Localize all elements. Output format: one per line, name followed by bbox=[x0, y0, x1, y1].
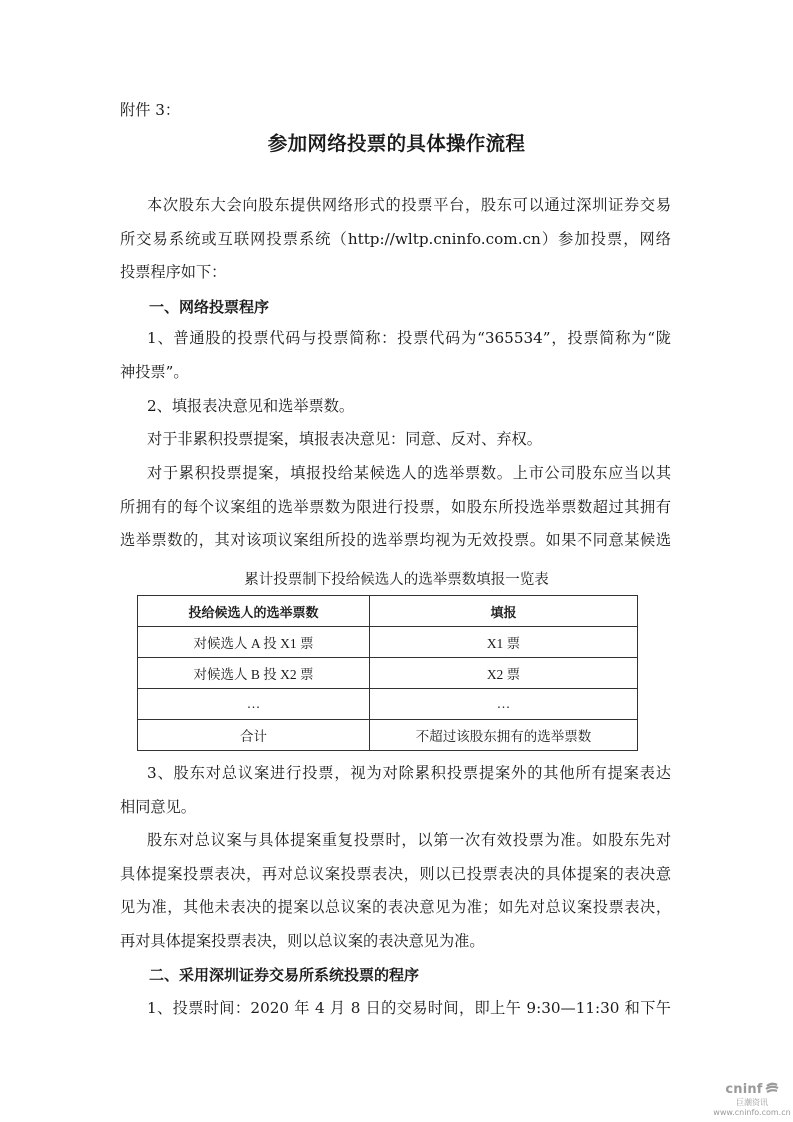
non-cumulative-text: 对于非累积投票提案，填报表决意见：同意、反对、弃权。 bbox=[147, 429, 542, 449]
item2: 2、填报表决意见和选举票数。 bbox=[147, 396, 354, 416]
table-caption: 累计投票制下投给候选人的选举票数填报一览表 bbox=[0, 568, 793, 589]
duplicate-vote-line-2: 具体提案投票表决，再对总议案投票表决，则以已投票表决的具体提案的表决意 bbox=[120, 864, 671, 884]
section1-heading: 一、网络投票程序 bbox=[149, 296, 269, 317]
table-row: 合计 不超过该股东拥有的选举票数 bbox=[138, 720, 638, 751]
attachment-label: 附件 3： bbox=[120, 100, 180, 120]
intro-line-1: 本次股东大会向股东提供网络形式的投票平台，股东可以通过深圳证券交易 bbox=[147, 195, 671, 215]
watermark-chinese-name: 巨潮资讯 bbox=[712, 1098, 792, 1108]
cninfo-logo-icon bbox=[765, 1082, 779, 1098]
table-cell: X2 票 bbox=[370, 658, 638, 689]
cumulative-line-3: 选举票数的，其对该项议案组所投的选举票均视为无效投票。如果不同意某候选 bbox=[120, 530, 671, 550]
item1-line-1: 1、普通股的投票代码与投票简称：投票代码为“365534”，投票简称为“陇 bbox=[147, 328, 671, 348]
duplicate-vote-line-4: 再对具体提案投票表决，则以总议案的表决意见为准。 bbox=[120, 931, 485, 951]
table-header-row: 投给候选人的选举票数 填报 bbox=[138, 596, 638, 627]
table-row: 对候选人 B 投 X2 票 X2 票 bbox=[138, 658, 638, 689]
cumulative-line-1: 对于累积投票提案，填报投给某候选人的选举票数。上市公司股东应当以其 bbox=[147, 463, 671, 483]
document-page: 附件 3： 参加网络投票的具体操作流程 本次股东大会向股东提供网络形式的投票平台… bbox=[0, 0, 793, 1122]
watermark-brand-text: cninf bbox=[725, 1082, 762, 1097]
table-cell: … bbox=[370, 689, 638, 720]
table-cell: … bbox=[138, 689, 370, 720]
table-row: 对候选人 A 投 X1 票 X1 票 bbox=[138, 627, 638, 658]
table-cell: 对候选人 A 投 X1 票 bbox=[138, 627, 370, 658]
watermark-url: www.cninfo.com.cn bbox=[712, 1108, 792, 1118]
table-cell: 对候选人 B 投 X2 票 bbox=[138, 658, 370, 689]
watermark-brand: cninf bbox=[725, 1082, 778, 1098]
duplicate-vote-line-3: 见为准，其他未表决的提案以总议案的表决意见为准；如先对总议案投票表决， bbox=[120, 897, 671, 917]
intro-line-2: 所交易系统或互联网投票系统（http://wltp.cninfo.com.cn）… bbox=[120, 229, 671, 249]
table-header: 填报 bbox=[370, 596, 638, 627]
cninfo-watermark: cninf 巨潮资讯 www.cninfo.com.cn bbox=[712, 1078, 792, 1118]
item3-line-1: 3、股东对总议案进行投票，视为对除累积投票提案外的其他所有提案表达 bbox=[147, 763, 671, 783]
table-row: … … bbox=[138, 689, 638, 720]
cumulative-line-2: 所拥有的每个议案组的选举票数为限进行投票，如股东所投选举票数超过其拥有 bbox=[120, 497, 671, 517]
intro-line-3: 投票程序如下： bbox=[120, 262, 226, 282]
table-cell: 不超过该股东拥有的选举票数 bbox=[370, 720, 638, 751]
section2-heading: 二、采用深圳证券交易所系统投票的程序 bbox=[149, 964, 419, 985]
item3-line-2: 相同意见。 bbox=[120, 797, 196, 817]
table-cell: X1 票 bbox=[370, 627, 638, 658]
vote-table: 投给候选人的选举票数 填报 对候选人 A 投 X1 票 X1 票 对候选人 B … bbox=[137, 595, 638, 751]
item1-line-2: 神投票”。 bbox=[120, 362, 189, 382]
table-header: 投给候选人的选举票数 bbox=[138, 596, 370, 627]
duplicate-vote-line-1: 股东对总议案与具体提案重复投票时，以第一次有效投票为准。如股东先对 bbox=[147, 830, 671, 850]
page-title: 参加网络投票的具体操作流程 bbox=[0, 128, 793, 156]
section2-item1: 1、投票时间：2020 年 4 月 8 日的交易时间，即上午 9:30—11:3… bbox=[147, 998, 671, 1018]
table-cell: 合计 bbox=[138, 720, 370, 751]
